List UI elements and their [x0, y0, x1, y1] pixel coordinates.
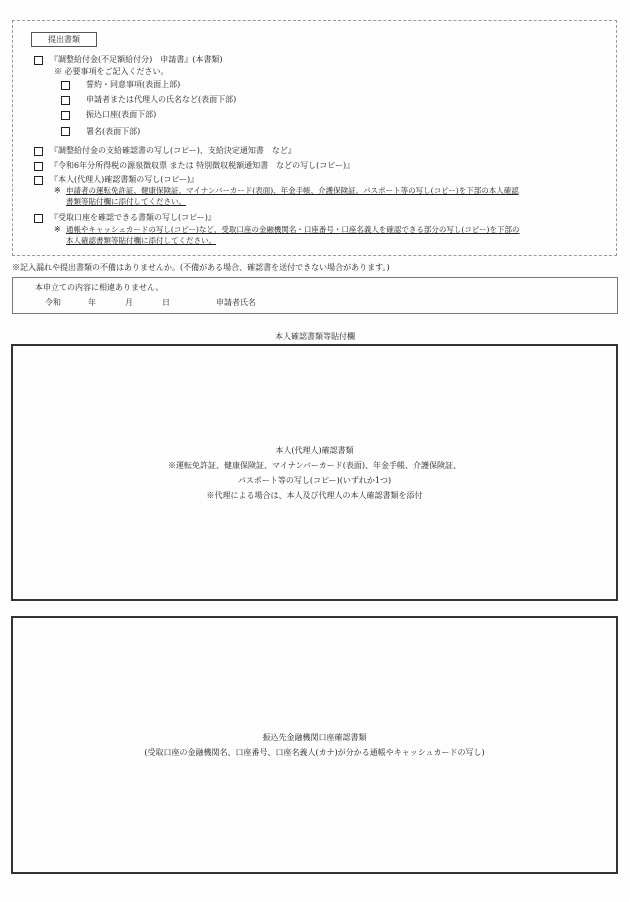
id-document-paste-area: 本人(代理人)確認書類 ※運転免許証、健康保険証、マイナンバーカード(表面)、年…: [11, 344, 618, 601]
checkbox-withholding-slip-copy[interactable]: [34, 162, 43, 171]
checkbox-bank-account[interactable]: [61, 111, 70, 120]
day-label[interactable]: 日: [162, 298, 170, 308]
checkbox-pledge-consent[interactable]: [61, 81, 70, 90]
checkbox-application-form[interactable]: [34, 56, 43, 65]
era-label: 令和: [45, 298, 61, 308]
item-note-line: 申請者の運転免許証、健康保険証、マイナンバーカード(表面)、年金手帳、介護保険証…: [66, 186, 519, 196]
item-label: 『受取口座を確認できる書類の写し(コピー)』: [50, 213, 216, 223]
subitem-label: 誓約・同意事項(表面上部): [86, 80, 180, 90]
item-label: 『調整給付金の支給確認書の写し(コピー)、支給決定通知書 など』: [50, 146, 296, 156]
checkbox-signature[interactable]: [61, 127, 70, 136]
checkbox-bank-document-copy[interactable]: [34, 214, 43, 223]
bank-paste-line: (受取口座の金融機関名、口座番号、口座名義人(カナ)が分かる通帳やキャッシュカー…: [144, 745, 484, 760]
id-paste-line: ※運転免許証、健康保険証、マイナンバーカード(表面)、年金手帳、介護保険証、: [168, 458, 461, 473]
year-label[interactable]: 年: [88, 298, 96, 308]
item-label: 『令和6年分所得税の源泉徴収票 または 特別徴収税額通知書 などの写し(コピー)…: [50, 161, 354, 171]
item-note-line: 書類等貼付欄に添付してください。: [66, 197, 186, 207]
applicant-name-label[interactable]: 申請者氏名: [216, 298, 256, 308]
subitem-label: 署名(表面下部): [86, 127, 140, 137]
bank-document-paste-area: 振込先金融機関口座確認書類 (受取口座の金融機関名、口座番号、口座名義人(カナ)…: [11, 616, 618, 874]
item-label: 『本人(代理人)確認書類の写し(コピー)』: [50, 175, 198, 185]
note-prefix: ※: [54, 186, 61, 196]
item-label-application-form: 『調整給付金(不足額給付分) 申請書』(本書類): [50, 55, 222, 65]
id-paste-area-title: 本人確認書類等貼付欄: [0, 332, 630, 342]
item-note-line: 本人確認書類等貼付欄に添付してください。: [66, 236, 216, 246]
note-prefix: ※: [54, 225, 61, 235]
checkbox-id-document-copy[interactable]: [34, 176, 43, 185]
month-label[interactable]: 月: [125, 298, 133, 308]
checkbox-applicant-name[interactable]: [61, 96, 70, 105]
item-note-application-form: ※ 必要事項をご記入ください。: [54, 67, 169, 77]
id-paste-heading: 本人(代理人)確認書類: [275, 443, 353, 458]
subitem-label: 申請者または代理人の氏名など(表面下部): [86, 95, 236, 105]
section-label: 提出書類: [31, 32, 97, 47]
subitem-label: 振込口座(表面下部): [86, 110, 156, 120]
declaration-statement: 本申立ての内容に相違ありません。: [35, 283, 163, 293]
checkbox-payment-confirmation-copy[interactable]: [34, 147, 43, 156]
item-note-line: 通帳やキャッシュカードの写し(コピー)など、受取口座の金融機関名・口座番号・口座…: [66, 225, 519, 235]
id-paste-line: ※代理による場合は、本人及び代理人の本人確認書類を添付: [207, 488, 423, 503]
warning-note: ※記入漏れや提出書類の不備はありませんか。(不備がある場合、確認書を送付できない…: [12, 263, 390, 273]
bank-paste-heading: 振込先金融機関口座確認書類: [263, 730, 367, 745]
id-paste-line: パスポート等の写し(コピー)(いずれか1つ): [238, 473, 391, 488]
